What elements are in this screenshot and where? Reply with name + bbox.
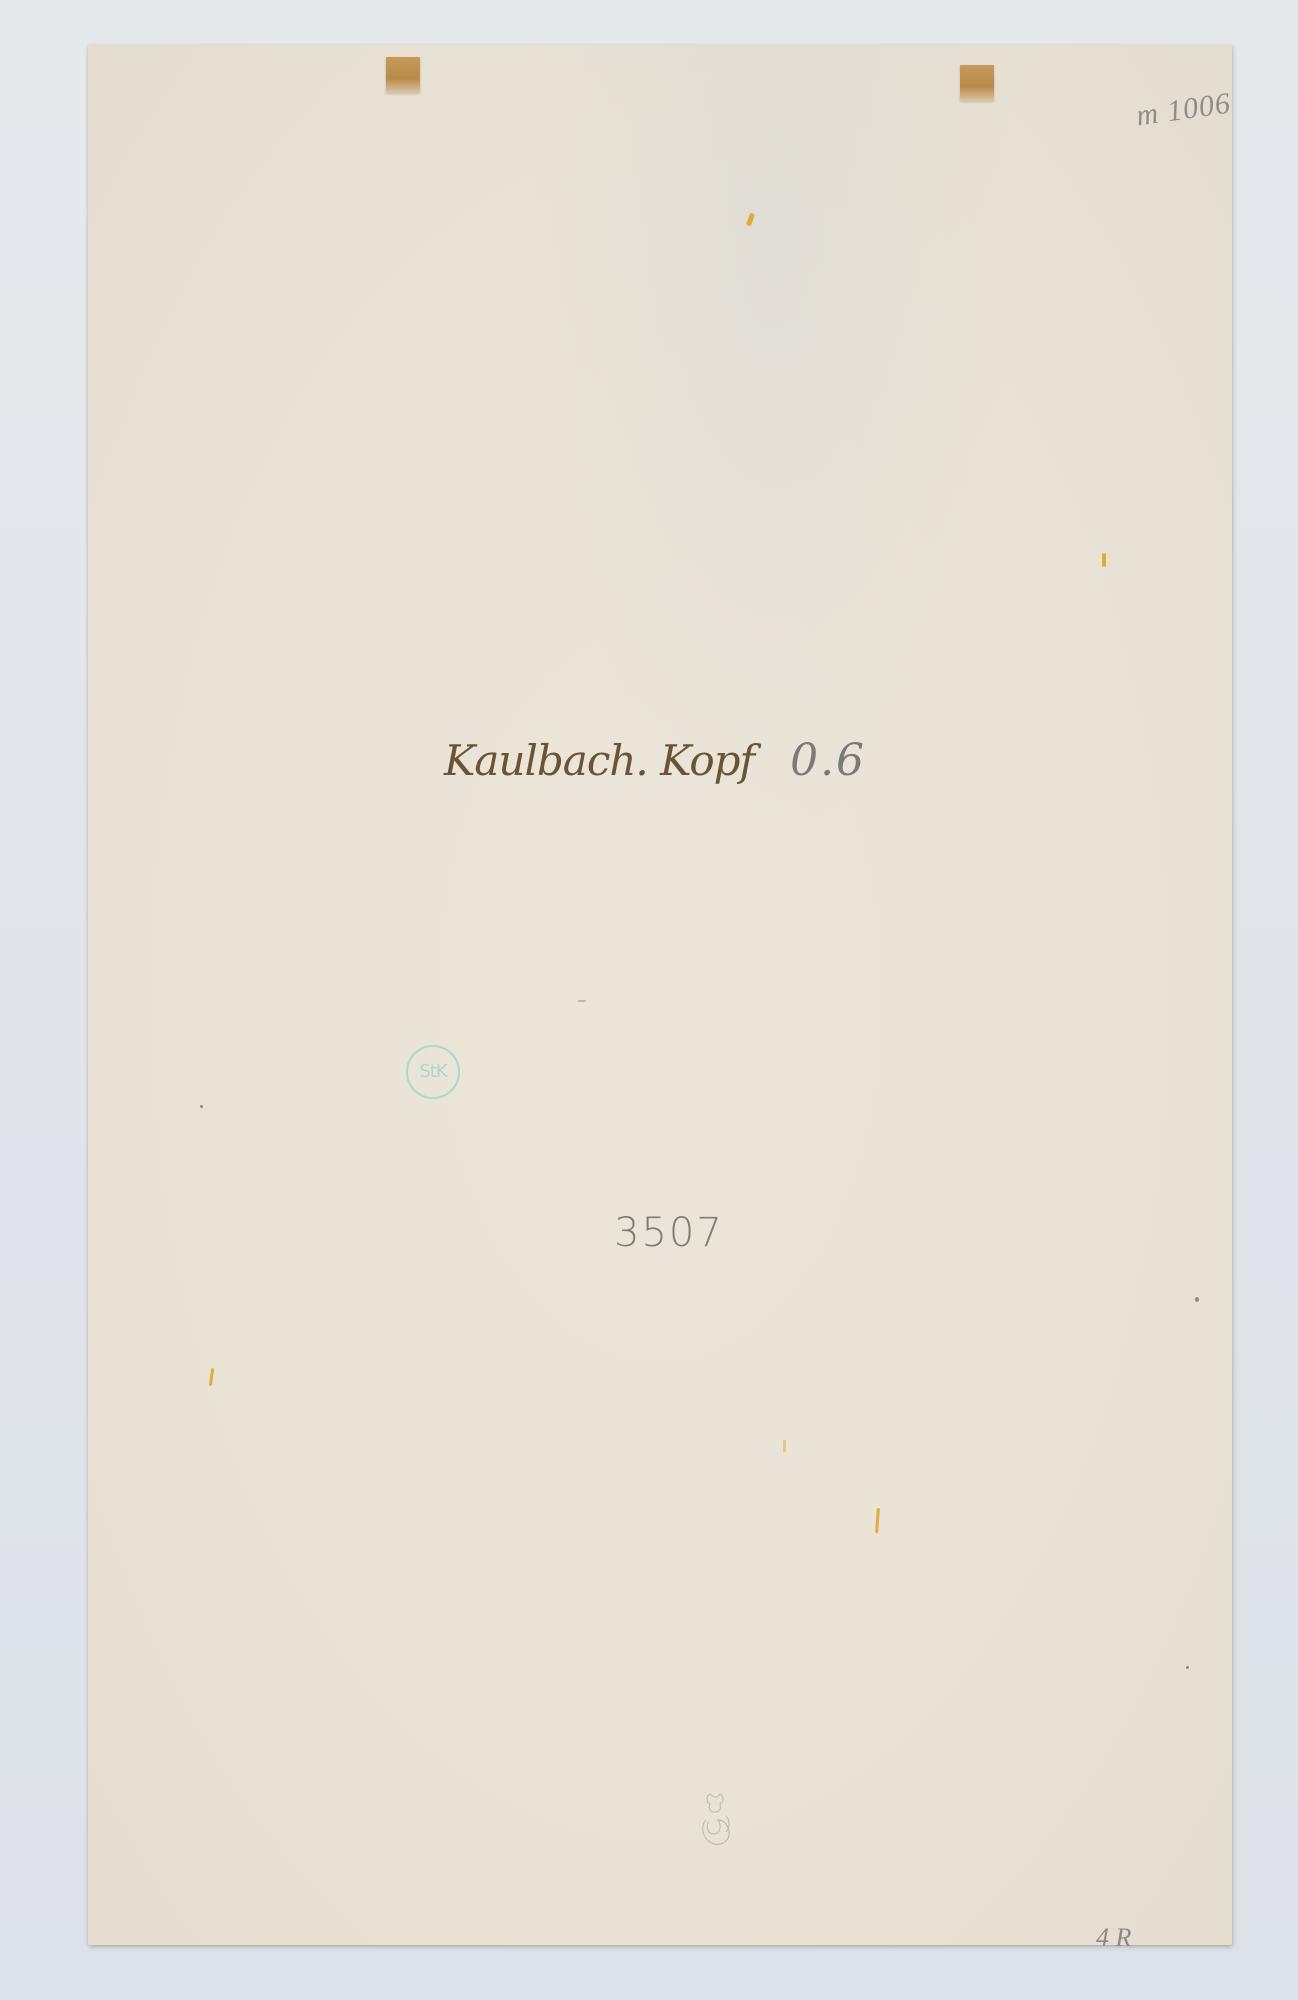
speck-3 — [209, 1368, 214, 1386]
corner-note: 4 R — [1096, 1923, 1131, 1953]
paper-sheet: m 1006 Kaulbach. Kopf0.6 StK 3507 4 R — [88, 45, 1232, 1945]
speck-1 — [746, 213, 755, 227]
speck-2 — [1102, 553, 1106, 567]
inscription-price: 0.6 — [790, 735, 866, 786]
main-inscription: Kaulbach. Kopf0.6 — [444, 735, 866, 786]
speck-5 — [783, 1440, 786, 1452]
dirt-2 — [1195, 1297, 1199, 1302]
inscription-title: Kaulbach. Kopf — [444, 736, 754, 785]
dirt-4 — [578, 1000, 586, 1002]
inventory-number: 3507 — [614, 1210, 724, 1256]
collection-stamp: StK — [406, 1045, 460, 1099]
dirt-1 — [200, 1105, 203, 1108]
speck-4 — [875, 1508, 880, 1533]
mounting-tab-right — [960, 65, 994, 101]
catalog-note: m 1006 — [1134, 87, 1233, 134]
mounting-tab-left — [386, 57, 420, 93]
crown-watermark-icon — [696, 1790, 736, 1848]
dirt-3 — [1186, 1666, 1189, 1669]
